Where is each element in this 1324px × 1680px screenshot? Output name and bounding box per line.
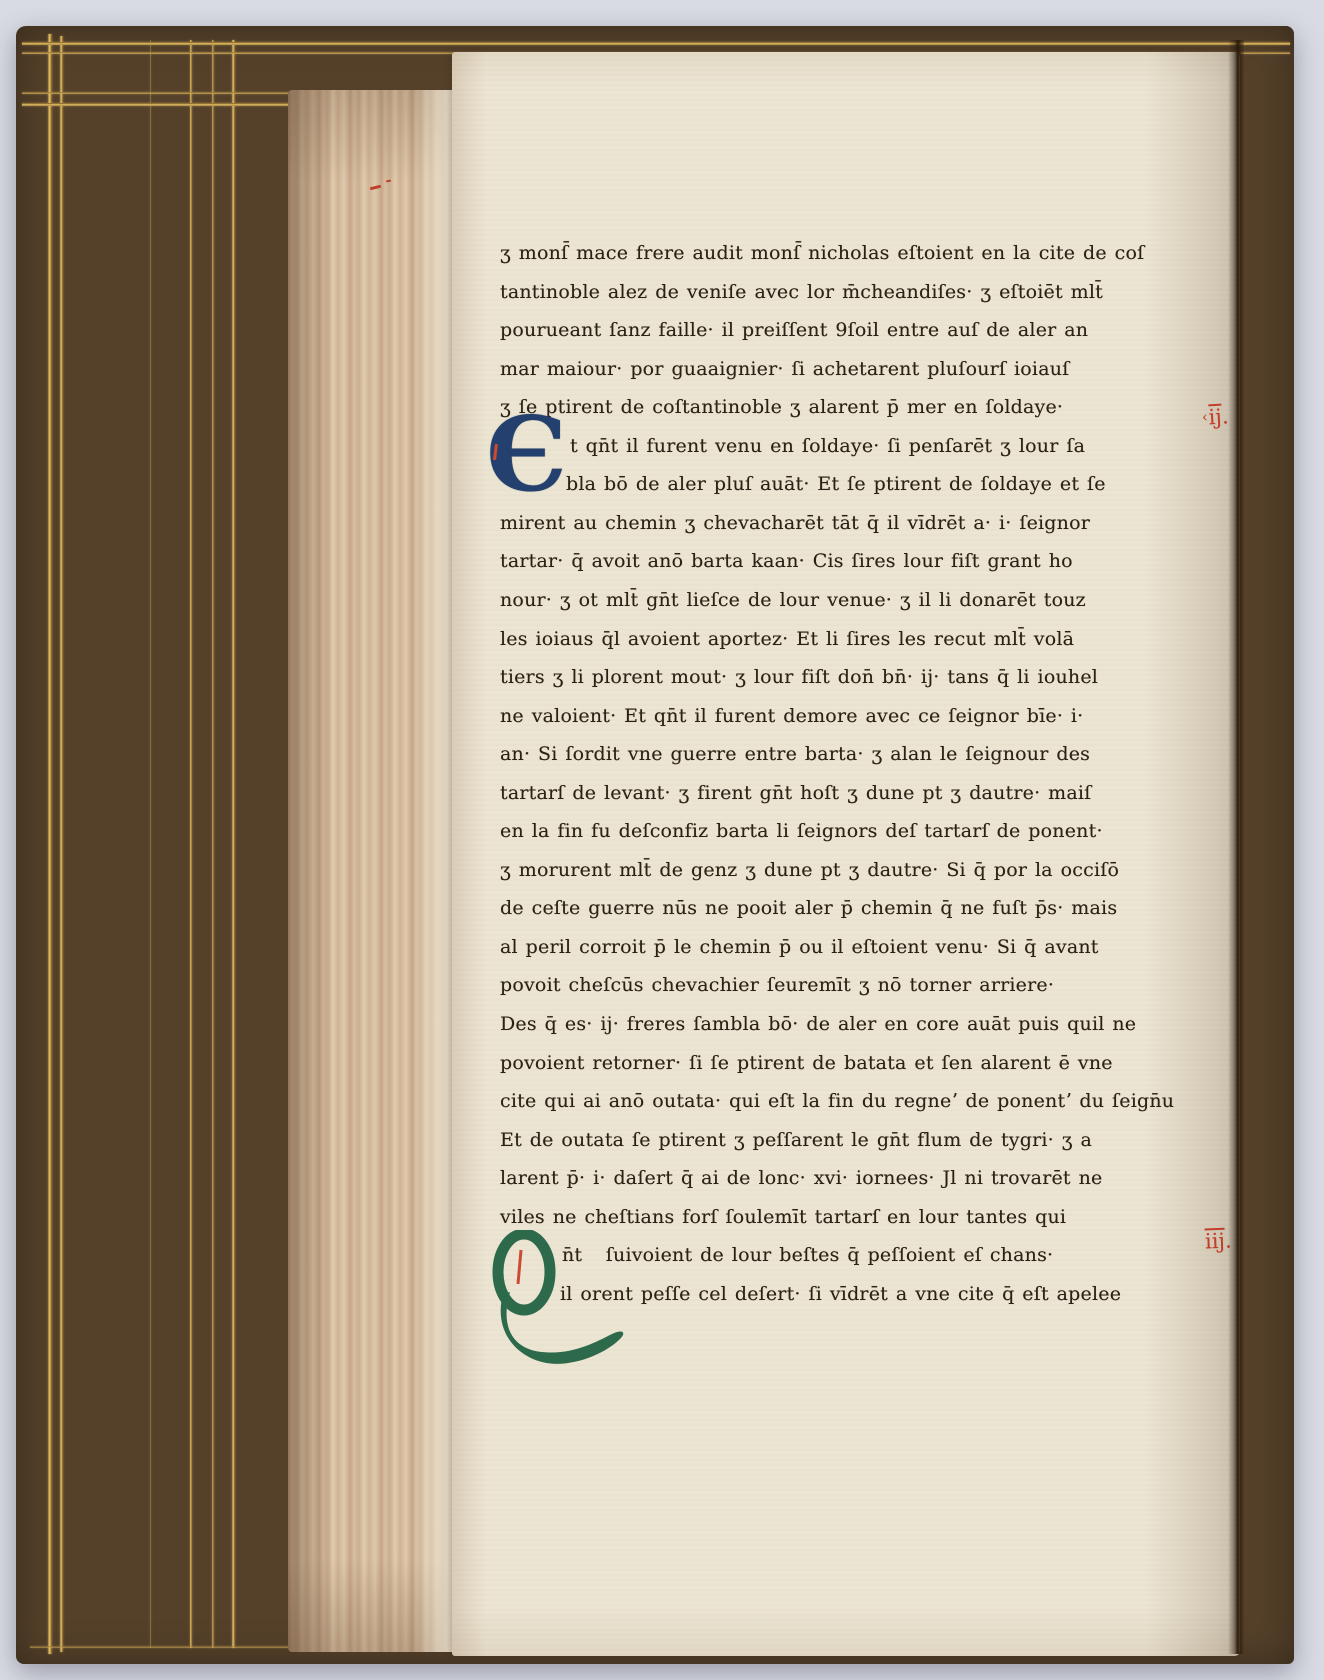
rubric-numeral: iij <box>1205 1228 1226 1253</box>
manuscript-text-line: les ioiaus q̄l avoient aportez· Et li ſi… <box>500 624 1074 654</box>
gilt-fillet-line <box>150 40 151 1648</box>
gilt-fillet-line <box>212 40 214 1648</box>
book-gutter-shadow <box>1228 40 1244 1654</box>
illuminated-initial-Q <box>490 1230 660 1380</box>
rubric-numeral: ij <box>1208 404 1222 429</box>
manuscript-text-line: ʒ ſe ptirent de coſtantinoble ʒ alarent … <box>500 392 1063 422</box>
manuscript-text-line: povoient retorner· ſi ſe ptirent de bata… <box>500 1048 1113 1078</box>
rubric-prefix-mark: ‹ <box>1202 409 1208 425</box>
gilt-fillet-line <box>232 40 235 1648</box>
red-edge-mark <box>370 185 381 191</box>
manuscript-text-line: viles ne cheſtians forſ ſoulemīt tartarſ… <box>500 1202 1066 1232</box>
red-guide-letter-mark <box>518 1250 521 1284</box>
marginal-chapter-numeral: ‹ij. <box>1201 403 1229 431</box>
manuscript-text-line: tartarſ de levant· ʒ firent gn̄t hoſt ʒ … <box>500 778 1091 808</box>
manuscript-text-line: pourueant ſanz faille· il preiſſent 9ſoi… <box>500 315 1088 345</box>
manuscript-text-line: larent p̄· i· daſert q̄ ai de lonc· xvi·… <box>500 1163 1102 1193</box>
manuscript-text-line: de ceſte guerre nūs ne pooit aler p̄ che… <box>500 893 1117 923</box>
manuscript-text-line: Des q̄ es· ij· freres ſambla bō· de aler… <box>500 1009 1136 1039</box>
gilt-fillet-line <box>48 34 52 1654</box>
photograph-of-open-book: ʒ monſ̄ mace frere audit monſ̄ nicholas … <box>0 0 1324 1680</box>
gilt-fillet-line <box>22 42 1290 45</box>
manuscript-text-line: nour· ʒ ot mlt̄ gn̄t lieſce de lour venu… <box>500 585 1086 615</box>
manuscript-text-line: tiers ʒ li plorent mout· ʒ lour fiſt don… <box>500 662 1098 692</box>
manuscript-text-line: ne valoient· Et qn̄t il furent demore av… <box>500 701 1083 731</box>
book-leaf-edges <box>288 90 460 1652</box>
manuscript-text-line: t qn̄t il furent venu en ſoldaye· ſi pen… <box>570 431 1085 461</box>
manuscript-text-line: an· Si ſordit vne guerre entre barta· ʒ … <box>500 739 1090 769</box>
manuscript-text-line: tartar· q̄ avoit anō barta kaan· Cis ſir… <box>500 546 1073 576</box>
manuscript-text-line: cite qui ai anō outata· qui eſt la fin d… <box>500 1086 1174 1116</box>
manuscript-text-line: tantinoble alez de veniſe avec lor m̄che… <box>500 277 1103 307</box>
manuscript-text-line: mar maiour· por guaaignier· ſi achetaren… <box>500 354 1069 384</box>
illuminated-initial-E: Є <box>486 404 567 506</box>
text-block: ʒ monſ̄ mace frere audit monſ̄ nicholas … <box>500 238 1160 1348</box>
red-edge-mark <box>386 180 391 183</box>
manuscript-text-line: povoit cheſcūs chevachier ſeuremīt ʒ nō … <box>500 970 1054 1000</box>
manuscript-text-line: mirent au chemin ʒ chevacharēt tāt q̄ il… <box>500 508 1090 538</box>
manuscript-text-line: Et de outata ſe ptirent ʒ peſſarent le g… <box>500 1125 1092 1155</box>
manuscript-text-line: al peril corroit p̄ le chemin p̄ ou il e… <box>500 932 1099 962</box>
manuscript-text-line: ʒ morurent mlt̄ de genz ʒ dune pt ʒ daut… <box>500 855 1119 885</box>
gilt-fillet-line <box>60 36 63 1652</box>
gilt-fillet-line <box>190 40 192 1648</box>
initial-q-tail <box>501 1292 624 1364</box>
manuscript-page: ʒ monſ̄ mace frere audit monſ̄ nicholas … <box>452 52 1240 1656</box>
manuscript-text-line: bla bō de aler pluſ auāt· Et ſe ptirent … <box>566 469 1106 499</box>
manuscript-text-line: ʒ monſ̄ mace frere audit monſ̄ nicholas … <box>500 238 1144 268</box>
manuscript-text-line: en la fin fu deſconfiz barta li ſeignors… <box>500 816 1103 846</box>
